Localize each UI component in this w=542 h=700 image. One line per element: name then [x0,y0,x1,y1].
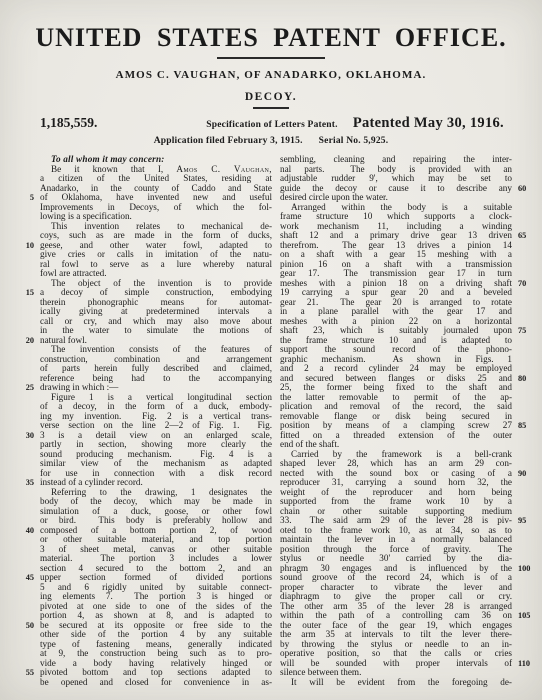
line-number: 30 [0,431,34,441]
line-number [0,307,34,317]
line-number: 35 [0,478,34,488]
patent-header: UNITED STATES PATENT OFFICE. AMOS C. VAU… [0,24,542,146]
line-number [0,611,34,621]
line-number [0,516,34,526]
invention-title-divider [253,107,289,109]
line-number [0,364,34,374]
text-line: It will be evident from the foregoing de… [280,678,512,688]
line-number: 45 [0,573,34,583]
line-number [0,564,34,574]
line-number: 90 [518,469,542,479]
specification-label: Specification of Letters Patent. [206,120,337,130]
line-number [518,583,542,593]
line-number [0,659,34,669]
line-number [518,241,542,251]
line-number [0,450,34,460]
application-line: Application filed February 3, 1915. Seri… [0,136,542,146]
line-number: 60 [518,184,542,194]
line-number [518,621,542,631]
line-number [0,507,34,517]
line-number [0,535,34,545]
line-number [0,165,34,175]
line-number [0,393,34,403]
line-number [518,307,542,317]
line-number [518,222,542,232]
line-number [0,488,34,498]
line-number [0,592,34,602]
line-number: 25 [0,383,34,393]
line-number: 5 [0,193,34,203]
patent-number: 1,185,559. [40,115,97,131]
line-number [0,440,34,450]
line-number [0,421,34,431]
line-number [518,336,542,346]
line-number: 40 [0,526,34,536]
line-number [518,174,542,184]
line-number [518,478,542,488]
line-number [0,374,34,384]
line-number [0,222,34,232]
title-divider [217,57,325,59]
line-number [518,440,542,450]
line-number [518,554,542,564]
line-number [0,203,34,213]
line-number [518,260,542,270]
line-number [518,355,542,365]
inventor-line: AMOS C. VAUGHAN, OF ANADARKO, OKLAHOMA. [0,69,542,81]
line-number [518,431,542,441]
line-number [518,212,542,222]
line-number [518,298,542,308]
line-number [518,269,542,279]
line-numbers-right: 60 65 70 75 80 85 90 95 100 105 110 [518,155,542,687]
line-number: 105 [518,611,542,621]
line-number: 70 [518,279,542,289]
line-number [0,412,34,422]
line-number [0,402,34,412]
line-number [518,402,542,412]
line-number [0,630,34,640]
serial-number: Serial No. 5,925. [319,136,389,146]
line-number [518,345,542,355]
line-number [518,640,542,650]
line-number [0,602,34,612]
line-number [0,269,34,279]
line-number: 80 [518,374,542,384]
line-number [518,412,542,422]
line-number [518,573,542,583]
line-number [518,393,542,403]
line-number [518,203,542,213]
specification-body: 5 10 15 20 25 30 35 40 45 50 55 To all w… [0,155,542,687]
line-number [0,545,34,555]
line-number: 100 [518,564,542,574]
line-number: 65 [518,231,542,241]
line-number [0,279,34,289]
line-number [0,184,34,194]
line-number [518,250,542,260]
line-number [0,469,34,479]
right-column: sembling, cleaning and repairing the int… [280,155,512,687]
line-number: 110 [518,659,542,669]
line-number: 10 [0,241,34,251]
line-number [518,649,542,659]
line-number [0,640,34,650]
line-number [518,317,542,327]
line-number [518,668,542,678]
line-number [518,165,542,175]
line-number: 50 [0,621,34,631]
line-number [0,583,34,593]
invention-title: DECOY. [0,91,542,103]
line-number [0,649,34,659]
line-number [518,678,542,688]
line-number [0,260,34,270]
page-title: UNITED STATES PATENT OFFICE. [0,24,542,51]
line-number [0,678,34,688]
line-number [518,450,542,460]
line-number [0,345,34,355]
line-number [518,497,542,507]
small-caps-name: Amos C. Vaughan, [176,164,272,174]
line-number [0,231,34,241]
line-number [518,545,542,555]
line-number [0,497,34,507]
line-number [518,535,542,545]
line-number [0,250,34,260]
line-number [0,459,34,469]
line-number [518,193,542,203]
line-number [518,459,542,469]
line-number [0,355,34,365]
line-number [0,212,34,222]
line-number [0,174,34,184]
line-number [518,592,542,602]
application-filed: Application filed February 3, 1915. [154,136,303,146]
patent-info-row: 1,185,559. Specification of Letters Pate… [0,115,542,132]
line-number [518,602,542,612]
left-column: To all whom it may concern:Be it known t… [40,155,272,687]
line-number [0,554,34,564]
line-number [518,364,542,374]
text-line: be opened and closed for convenience in … [40,678,272,688]
line-number [518,507,542,517]
line-number: 20 [0,336,34,346]
line-number: 85 [518,421,542,431]
patent-page: UNITED STATES PATENT OFFICE. AMOS C. VAU… [0,0,542,700]
line-number [0,326,34,336]
line-number [0,155,34,165]
line-number: 75 [518,326,542,336]
line-number: 95 [518,516,542,526]
line-number: 55 [0,668,34,678]
line-number [518,630,542,640]
patented-date: Patented May 30, 1916. [353,115,504,132]
line-number [518,488,542,498]
line-number [518,383,542,393]
line-numbers-left: 5 10 15 20 25 30 35 40 45 50 55 [0,155,34,687]
line-number [0,317,34,327]
line-number: 15 [0,288,34,298]
line-number [518,288,542,298]
line-number [518,526,542,536]
line-number [0,298,34,308]
line-number [518,155,542,165]
